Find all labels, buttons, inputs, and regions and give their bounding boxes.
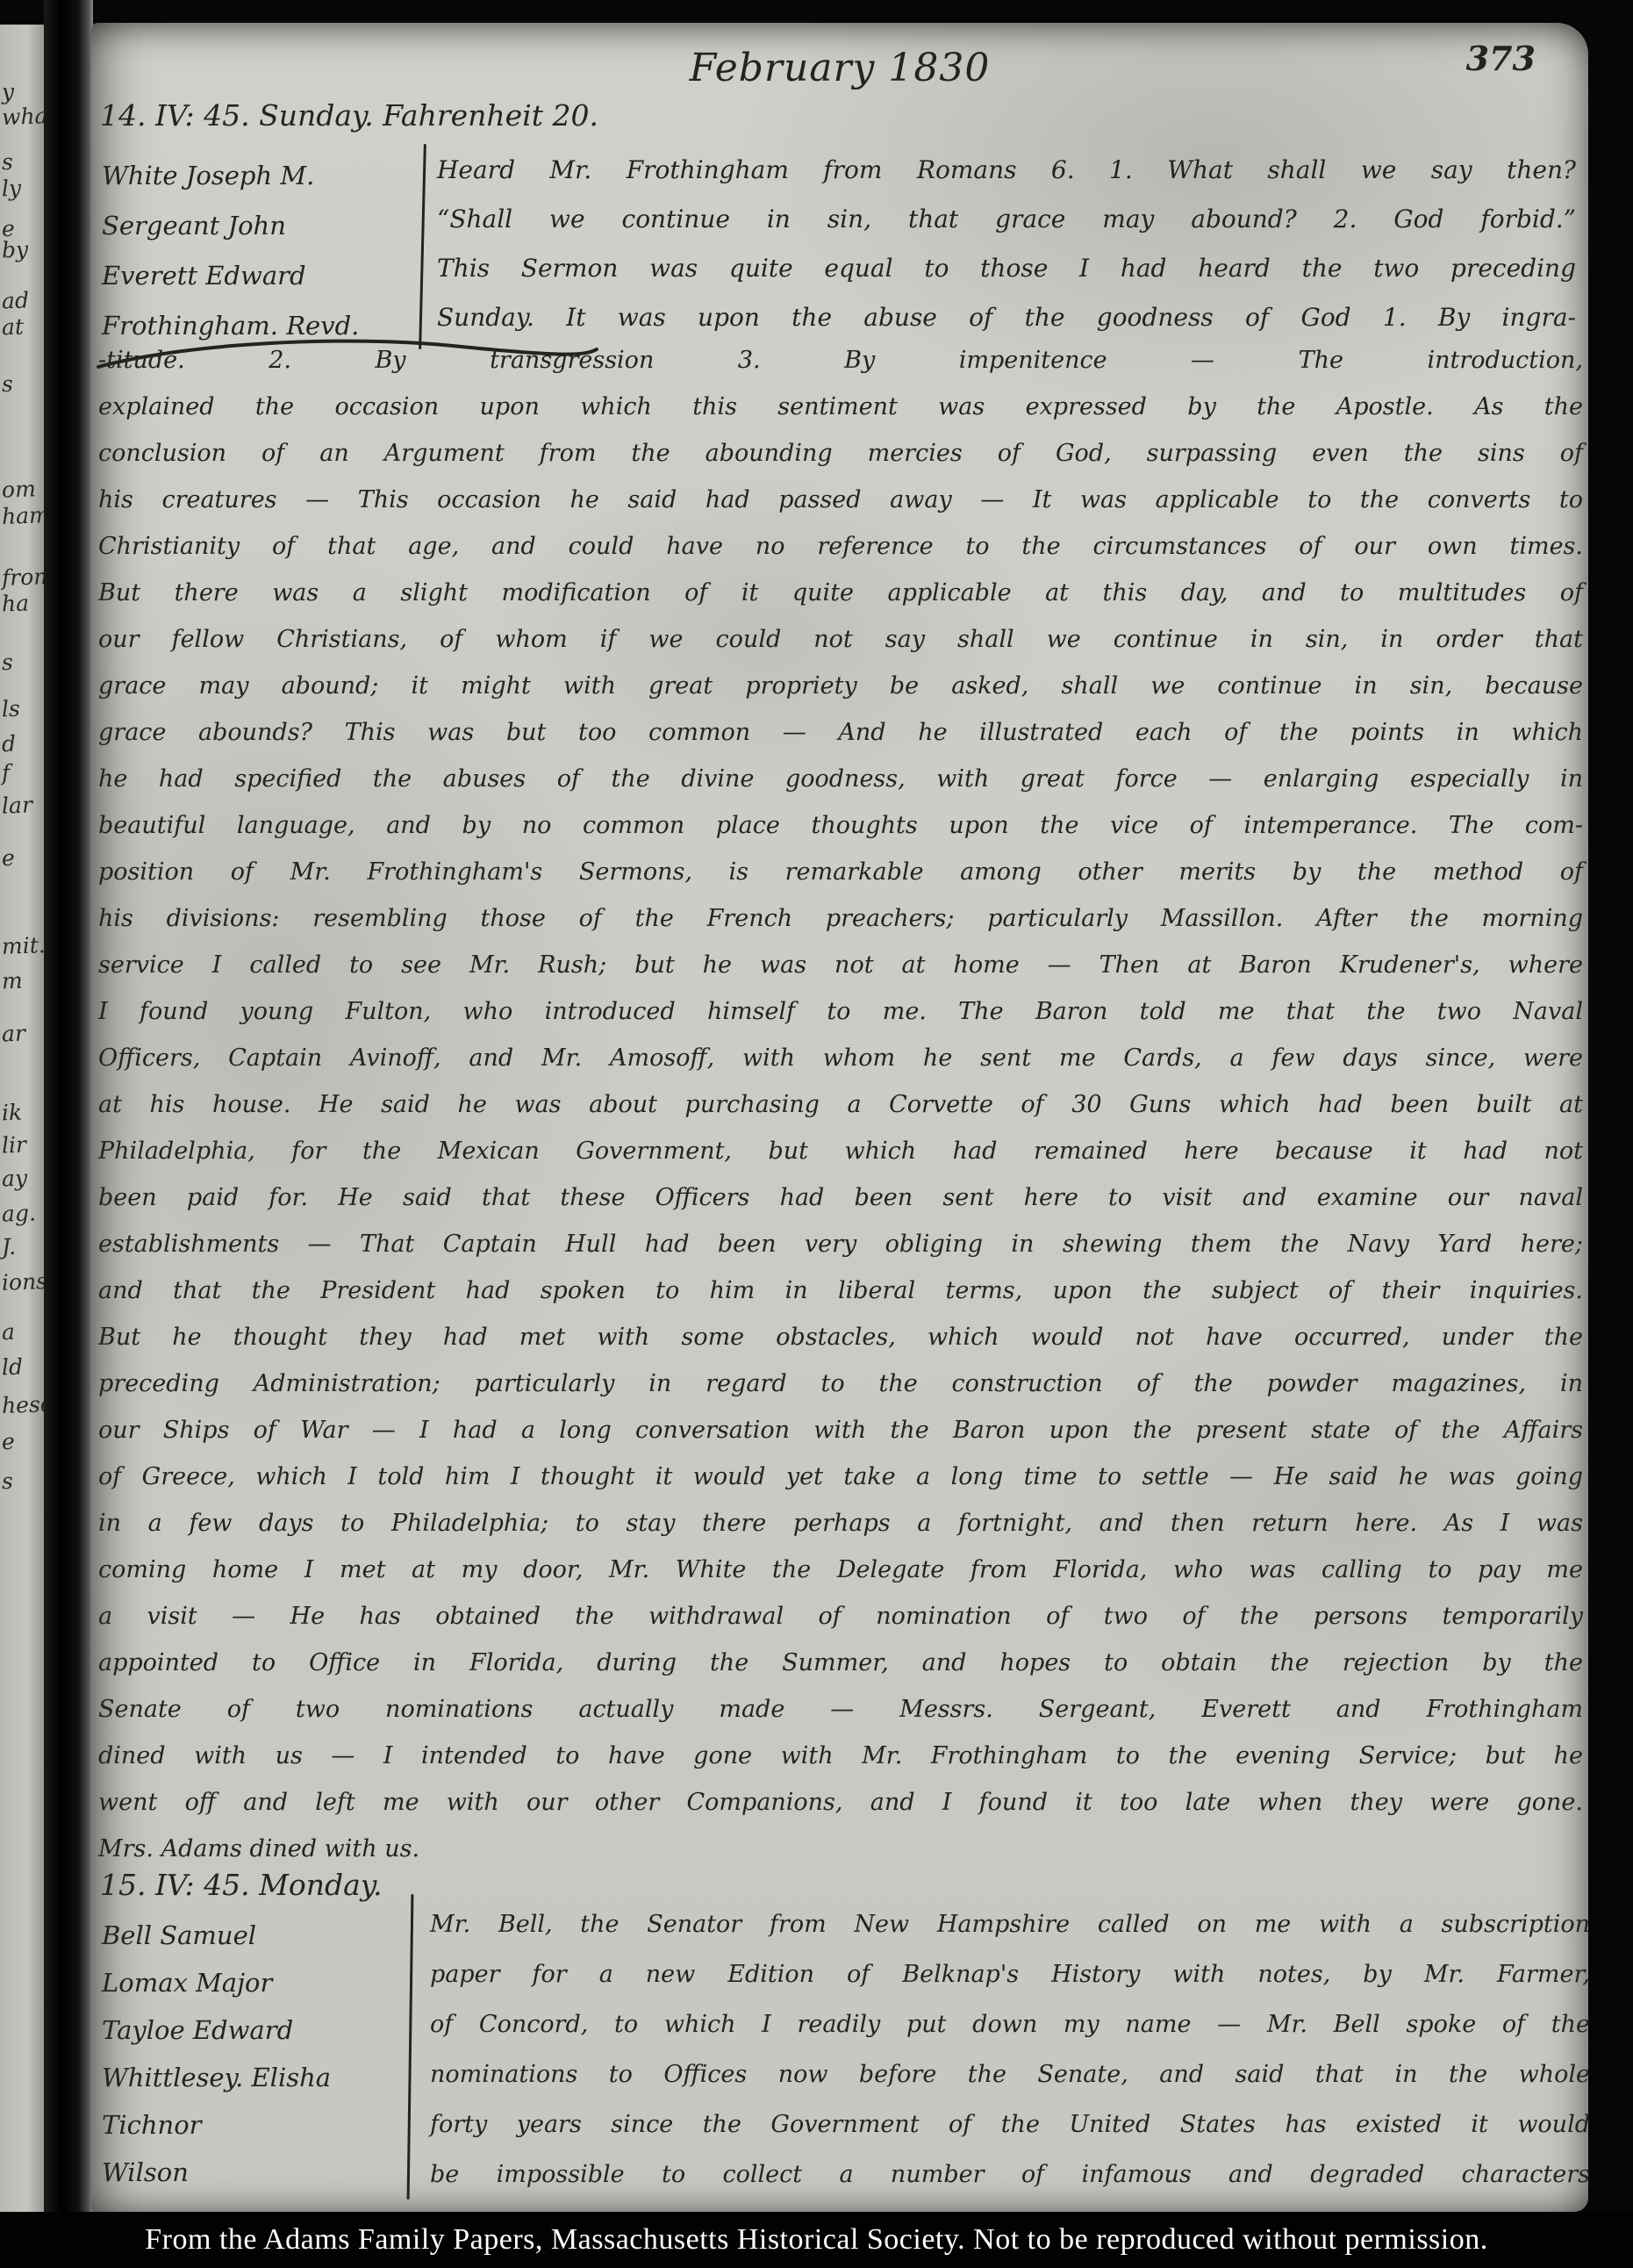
manuscript-line: service I called to see Mr. Rush; but he… — [98, 942, 1583, 988]
manuscript-line: explained the occasion upon which this s… — [98, 384, 1583, 430]
margin-names: Bell Samuel Lomax Major Tayloe Edward Wh… — [102, 1912, 331, 2196]
manuscript-line: But there was a slight modification of i… — [98, 570, 1583, 616]
manuscript-line: -titude. 2. By transgression 3. By impen… — [98, 337, 1583, 384]
edge-fragment: ions — [2, 1268, 44, 1295]
edge-fragment: lar — [2, 792, 33, 818]
manuscript-line: of Concord, to which I readily put down … — [430, 1999, 1590, 2049]
margin-name: Wilson — [102, 2149, 331, 2196]
manuscript-line: our Ships of War — I had a long conversa… — [98, 1407, 1583, 1453]
edge-fragment: ls — [2, 696, 21, 722]
edge-fragment: what — [2, 103, 44, 130]
edge-fragment: from — [2, 563, 44, 591]
edge-fragment: e — [1, 845, 15, 871]
edge-fragment: y — [1, 79, 14, 104]
entry-body: -titude. 2. By transgression 3. By impen… — [98, 337, 1583, 1872]
manuscript-line: I found young Fulton, who introduced him… — [98, 988, 1583, 1035]
edge-fragment: by — [2, 236, 29, 262]
manuscript-line: nominations to Offices now before the Se… — [430, 2049, 1590, 2099]
edge-fragment: s — [1, 650, 13, 675]
edge-fragment: ly — [2, 176, 22, 202]
edge-fragment: at — [2, 314, 25, 341]
manuscript-line: a visit — He has obtained the withdrawal… — [98, 1593, 1583, 1640]
manuscript-line: coming home I met at my door, Mr. White … — [98, 1547, 1583, 1593]
page-header-date: February 1830 — [91, 46, 1588, 90]
edge-fragment: ar — [2, 1021, 26, 1047]
entry-heading: 14. IV: 45. Sunday. Fahrenheit 20. — [100, 98, 598, 133]
edge-fragment: e — [1, 1429, 15, 1454]
edge-fragment: d — [1, 731, 16, 757]
page-number: 373 — [1466, 39, 1536, 78]
manuscript-line: position of Mr. Frothingham's Sermons, i… — [98, 849, 1583, 895]
entry-heading: 15. IV: 45. Monday. — [100, 1868, 383, 1902]
left-page-edge: y what s ly e by ad at s om ham from ha … — [0, 25, 44, 2212]
margin-name: Tichnor — [102, 2101, 331, 2149]
margin-name: Lomax Major — [102, 1959, 331, 2006]
separator-rule — [419, 144, 426, 349]
manuscript-line: Philadelphia, for the Mexican Government… — [98, 1128, 1583, 1174]
margin-name: White Joseph M. — [102, 151, 359, 201]
manuscript-line: Heard Mr. Frothingham from Romans 6. 1. … — [437, 146, 1576, 195]
manuscript-line: “Shall we continue in sin, that grace ma… — [437, 195, 1576, 244]
edge-fragment: ha — [2, 590, 30, 616]
caption-text: From the Adams Family Papers, Massachuse… — [145, 2223, 1487, 2257]
edge-fragment: hese — [2, 1391, 44, 1418]
manuscript-line: beautiful language, and by no common pla… — [98, 802, 1583, 849]
edge-fragment: om — [2, 476, 37, 502]
manuscript-line: Senate of two nominations actually made … — [98, 1686, 1583, 1733]
edge-fragment: ad — [2, 287, 30, 313]
manuscript-line: Officers, Captain Avinoff, and Mr. Amoso… — [98, 1035, 1583, 1081]
margin-name: Whittlesey. Elisha — [102, 2054, 331, 2101]
manuscript-line: forty years since the Government of the … — [430, 2099, 1590, 2150]
edge-fragment: ik — [2, 1100, 23, 1126]
edge-fragment: s — [1, 1468, 13, 1494]
edge-fragment: s — [1, 149, 13, 175]
entry-opening-paragraph: Heard Mr. Frothingham from Romans 6. 1. … — [437, 146, 1576, 342]
edge-fragment: ay — [2, 1166, 28, 1192]
edge-fragment: ag. — [2, 1200, 37, 1226]
margin-names: White Joseph M. Sergeant John Everett Ed… — [102, 151, 359, 351]
edge-fragment: s — [1, 371, 13, 397]
edge-fragment: f — [1, 760, 10, 786]
manuscript-line: conclusion of an Argument from the aboun… — [98, 430, 1583, 477]
edge-fragment: ld — [2, 1354, 24, 1381]
manuscript-line: and that the President had spoken to him… — [98, 1267, 1583, 1314]
margin-name: Bell Samuel — [102, 1912, 331, 1959]
manuscript-line: he had specified the abuses of the divin… — [98, 756, 1583, 802]
manuscript-line: paper for a new Edition of Belknap's His… — [430, 1949, 1590, 1999]
manuscript-line: Mrs. Adams dined with us. — [98, 1826, 1583, 1872]
scanned-document: y what s ly e by ad at s om ham from ha … — [0, 0, 1633, 2268]
manuscript-line: grace abounds? This was but too common —… — [98, 709, 1583, 756]
manuscript-line: our fellow Christians, of whom if we cou… — [98, 616, 1583, 663]
manuscript-line: dined with us — I intended to have gone … — [98, 1733, 1583, 1779]
separator-rule — [407, 1894, 414, 2200]
manuscript-line: Sunday. It was upon the abuse of the goo… — [437, 293, 1576, 342]
manuscript-page: February 1830 373 14. IV: 45. Sunday. Fa… — [91, 23, 1588, 2212]
manuscript-line: of Greece, which I told him I thought it… — [98, 1453, 1583, 1500]
manuscript-line: be impossible to collect a number of inf… — [430, 2150, 1590, 2200]
margin-name: Sergeant John — [102, 201, 359, 251]
edge-fragment: lir — [2, 1132, 27, 1159]
manuscript-line: Mr. Bell, the Senator from New Hampshire… — [430, 1899, 1590, 1949]
manuscript-line: his divisions: resembling those of the F… — [98, 895, 1583, 942]
edge-fragment: mit. — [2, 932, 44, 959]
manuscript-line: preceding Administration; particularly i… — [98, 1360, 1583, 1407]
caption-bar: From the Adams Family Papers, Massachuse… — [0, 2212, 1633, 2268]
manuscript-line: his creatures — This occasion he said ha… — [98, 477, 1583, 523]
manuscript-line: This Sermon was quite equal to those I h… — [437, 244, 1576, 293]
manuscript-line: grace may abound; it might with great pr… — [98, 663, 1583, 709]
margin-name: Tayloe Edward — [102, 2006, 331, 2054]
entry-body: Mr. Bell, the Senator from New Hampshire… — [430, 1899, 1590, 2200]
binding-gutter — [44, 0, 93, 2212]
manuscript-line: at his house. He said he was about purch… — [98, 1081, 1583, 1128]
manuscript-line: appointed to Office in Florida, during t… — [98, 1640, 1583, 1686]
edge-fragment: m — [2, 968, 24, 994]
margin-name: Everett Edward — [102, 251, 359, 301]
manuscript-line: in a few days to Philadelphia; to stay t… — [98, 1500, 1583, 1547]
manuscript-line: But he thought they had met with some ob… — [98, 1314, 1583, 1360]
manuscript-line: went off and left me with our other Comp… — [98, 1779, 1583, 1826]
manuscript-line: Christianity of that age, and could have… — [98, 523, 1583, 570]
edge-fragment: J. — [1, 1234, 16, 1260]
manuscript-line: been paid for. He said that these Office… — [98, 1174, 1583, 1221]
edge-fragment: a — [1, 1319, 15, 1346]
edge-fragment: ham — [2, 502, 44, 529]
manuscript-line: establishments — That Captain Hull had b… — [98, 1221, 1583, 1267]
